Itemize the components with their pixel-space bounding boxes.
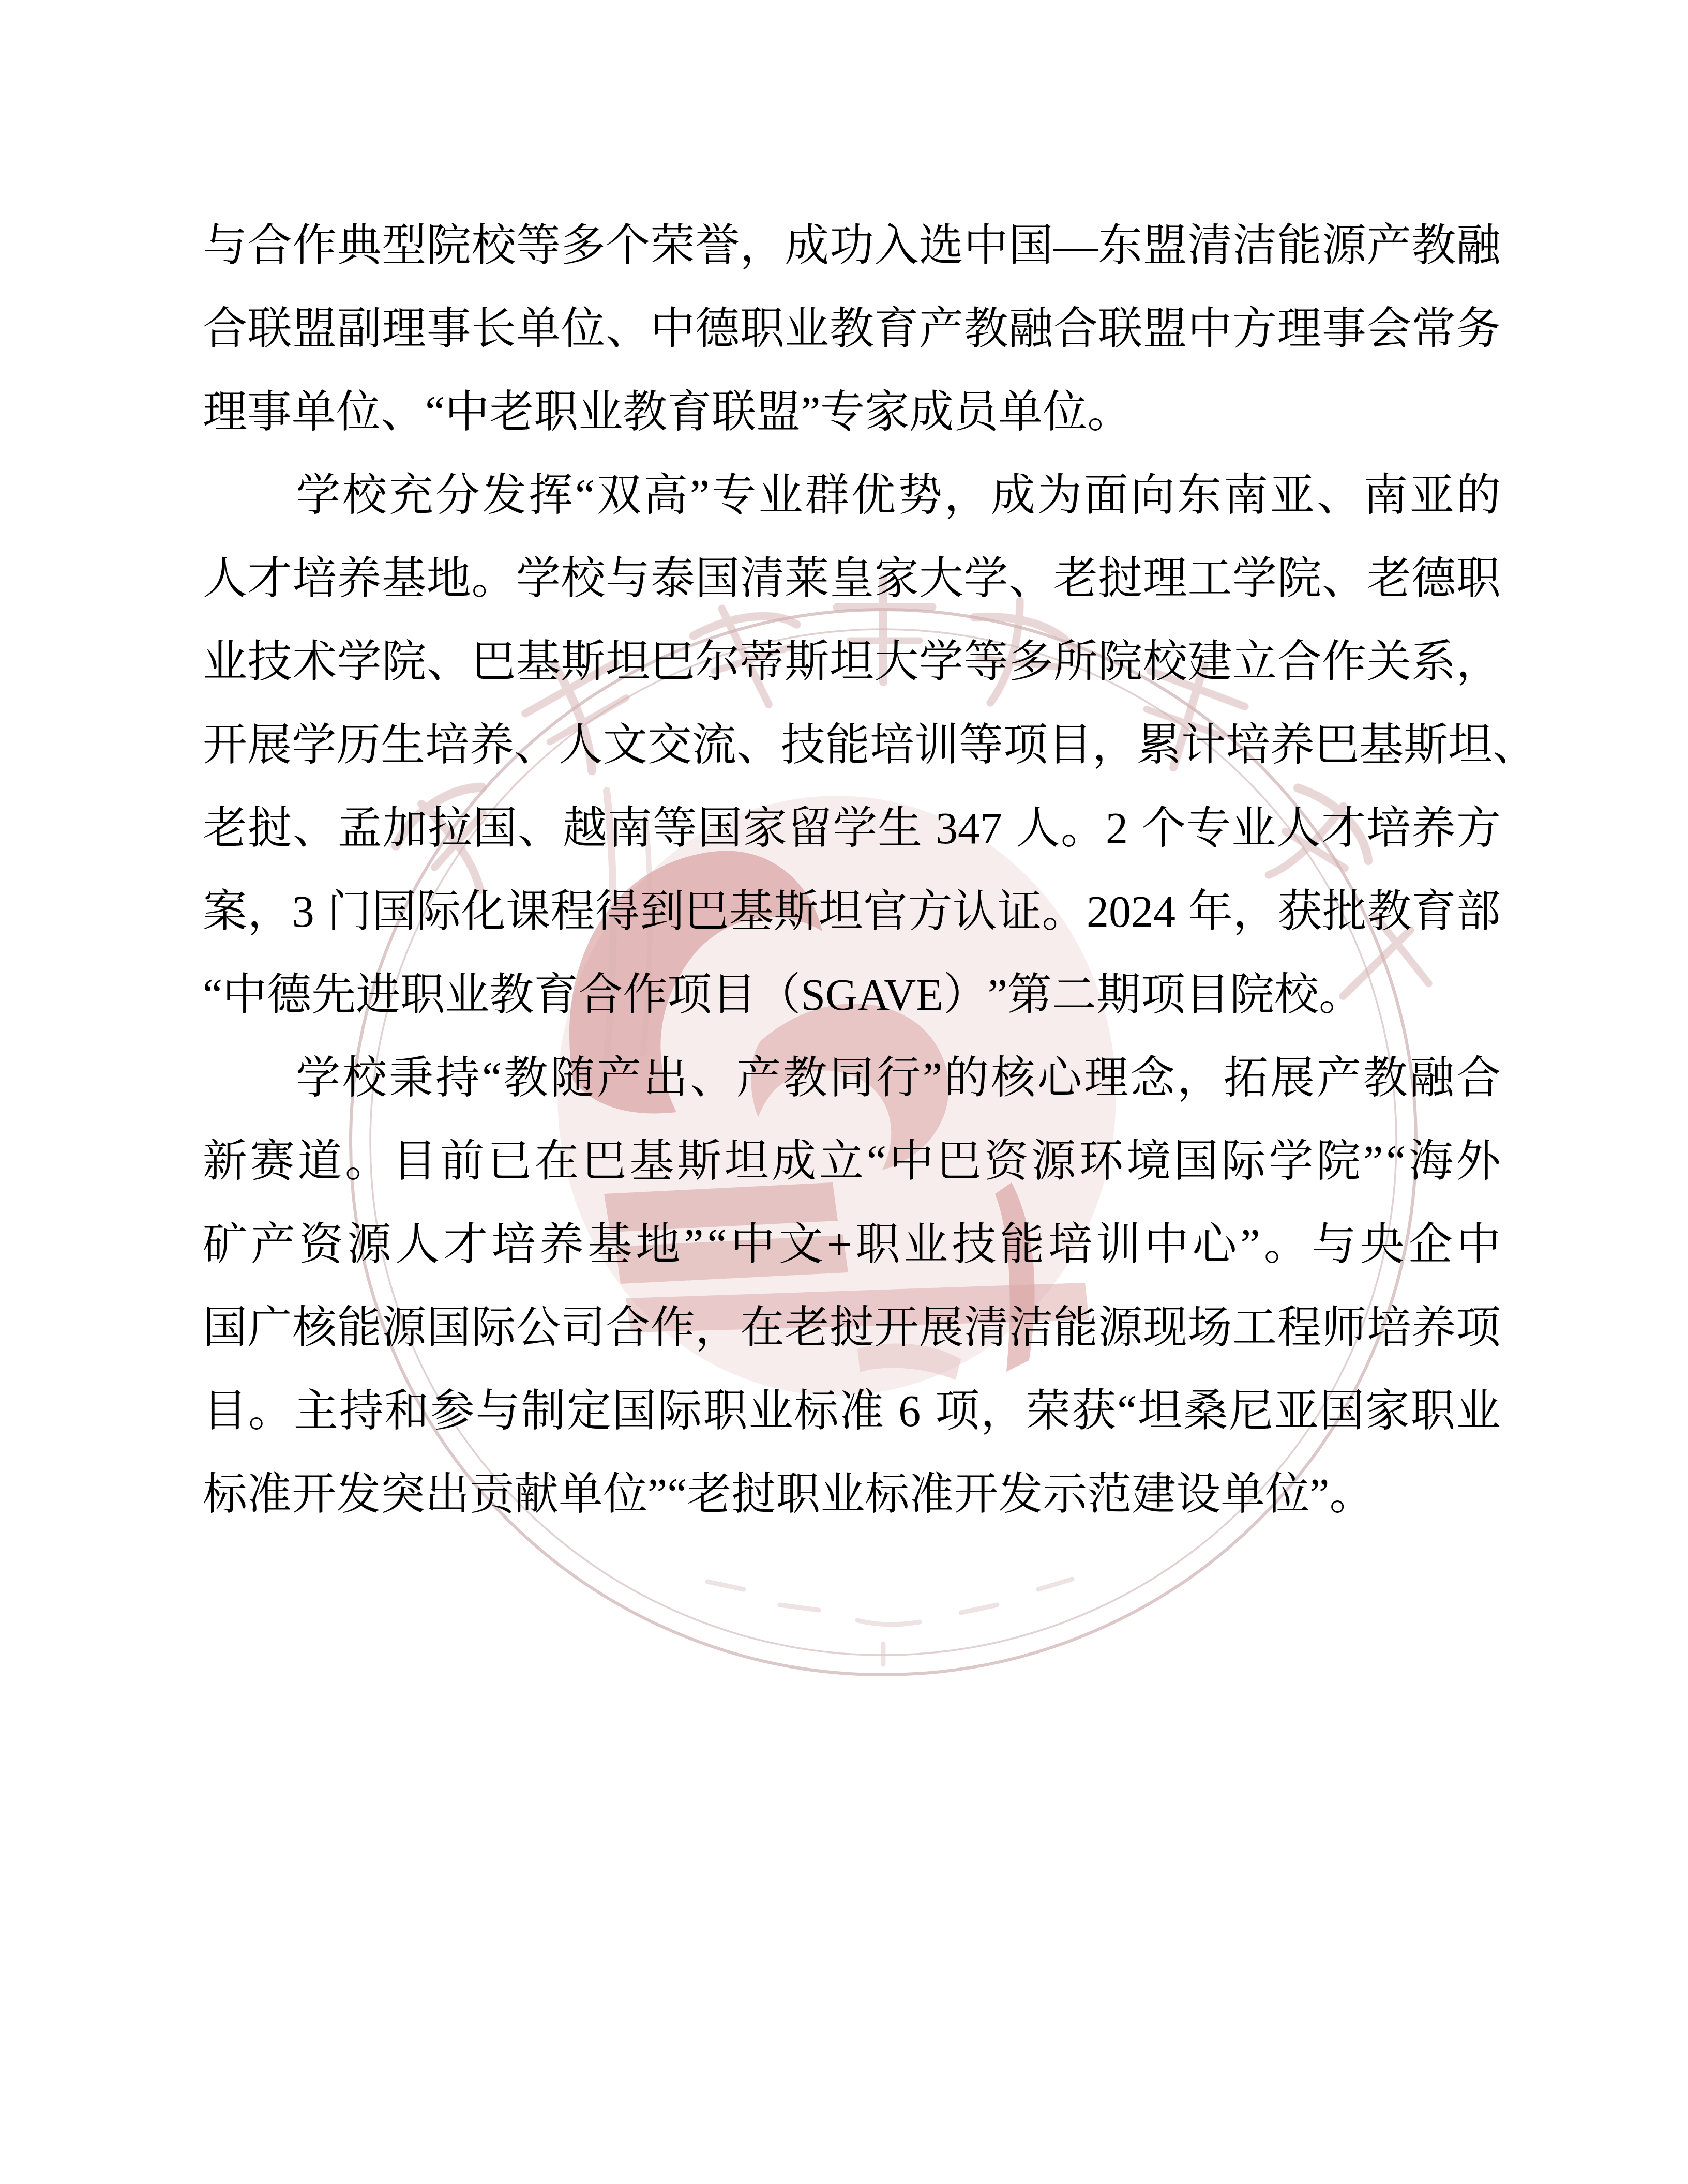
glyph: 官 bbox=[863, 889, 908, 934]
glyph: 家 bbox=[874, 556, 918, 601]
glyph: 常 bbox=[1411, 307, 1456, 351]
glyph: 教 bbox=[1363, 1056, 1408, 1100]
glyph: ” bbox=[923, 1056, 942, 1100]
glyph: 司 bbox=[561, 1306, 606, 1350]
glyph: 产 bbox=[736, 1056, 781, 1100]
glyph: 合 bbox=[1456, 1056, 1501, 1100]
glyph: 文 bbox=[603, 723, 647, 767]
glyph: 。 bbox=[248, 1389, 293, 1433]
glyph: 校 bbox=[342, 473, 387, 518]
glyph: 亚 bbox=[1274, 1389, 1319, 1433]
glyph: 目 bbox=[203, 1389, 247, 1433]
glyph: 展 bbox=[1270, 1056, 1315, 1100]
glyph: 技 bbox=[248, 640, 292, 684]
glyph: 等 bbox=[653, 806, 697, 851]
glyph: 优 bbox=[851, 473, 896, 518]
glyph: 桑 bbox=[1183, 1389, 1228, 1433]
glyph: 培 bbox=[1226, 723, 1270, 767]
glyph: 学 bbox=[964, 556, 1008, 601]
glyph: 年 bbox=[1188, 889, 1233, 934]
glyph: 历 bbox=[336, 723, 381, 767]
glyph: 产 bbox=[251, 1222, 295, 1267]
text-line: 目。主持和参与制定国际职业标准6项，荣获“坦桑尼亚国家职业 bbox=[203, 1369, 1501, 1452]
glyph: 文 bbox=[779, 1222, 823, 1267]
glyph: 越 bbox=[563, 806, 607, 851]
glyph: “ bbox=[1386, 1139, 1406, 1184]
glyph: 培 bbox=[1366, 806, 1411, 851]
glyph: 开 bbox=[203, 723, 247, 767]
text-line: 标准开发突出贡献单位”“老挝职业标准开发示范建设单位”。 bbox=[203, 1452, 1501, 1536]
glyph: 荣 bbox=[651, 223, 695, 268]
glyph: 国 bbox=[473, 806, 517, 851]
glyph: 拓 bbox=[1224, 1056, 1268, 1100]
glyph: 功 bbox=[830, 223, 874, 268]
glyph: 教 bbox=[504, 1056, 548, 1100]
glyph: ” bbox=[647, 1472, 667, 1516]
glyph: 立 bbox=[1232, 640, 1277, 684]
glyph: 养 bbox=[1411, 806, 1456, 851]
glyph: 泰 bbox=[651, 556, 695, 601]
glyph: 6 bbox=[898, 1389, 921, 1433]
glyph: 生 bbox=[878, 806, 922, 851]
glyph: 坦 bbox=[1448, 723, 1493, 767]
glyph: 发 bbox=[482, 473, 526, 518]
glyph: 院 bbox=[1277, 556, 1322, 601]
glyph: 大 bbox=[919, 556, 963, 601]
glyph: 位 bbox=[1043, 390, 1087, 434]
glyph: 能 bbox=[337, 1306, 382, 1350]
text-line: 学校秉持“教随产出、产教同行”的核心理念，拓展产教融合 bbox=[203, 1036, 1501, 1119]
glyph: 所 bbox=[1053, 640, 1098, 684]
glyph: 、 bbox=[381, 390, 425, 434]
glyph: 项 bbox=[1456, 1306, 1501, 1350]
glyph: 巴 bbox=[471, 640, 516, 684]
glyph: 学 bbox=[337, 640, 382, 684]
glyph: 职 bbox=[740, 307, 785, 351]
glyph: 位 bbox=[603, 1472, 647, 1516]
glyph: 标 bbox=[203, 1472, 247, 1516]
glyph: 等 bbox=[964, 640, 1008, 684]
glyph: 。 bbox=[1264, 1222, 1308, 1267]
glyph: 学 bbox=[296, 1056, 340, 1100]
glyph: 中 bbox=[222, 973, 267, 1017]
glyph: 与 bbox=[203, 223, 247, 268]
glyph: 位 bbox=[1265, 1472, 1309, 1516]
glyph: 术 bbox=[292, 640, 337, 684]
glyph: ” bbox=[801, 390, 820, 434]
glyph: 的 bbox=[944, 1056, 989, 1100]
glyph: 孟 bbox=[338, 806, 382, 851]
glyph: 源 bbox=[382, 1306, 426, 1350]
glyph: 成 bbox=[785, 223, 829, 268]
text-line: 合联盟副理事长单位、中德职业教育产教融合联盟中方理事会常务 bbox=[203, 287, 1501, 370]
glyph: 院 bbox=[1098, 640, 1142, 684]
glyph: 新 bbox=[203, 1139, 247, 1184]
glyph: 为 bbox=[1037, 473, 1082, 518]
text-line: 理事单位、“中老职业教育联盟”专家成员单位。 bbox=[203, 370, 1501, 453]
glyph: 职 bbox=[1411, 1389, 1455, 1433]
glyph: 业 bbox=[748, 1389, 793, 1433]
glyph: 校 bbox=[1274, 973, 1319, 1017]
glyph: 培 bbox=[870, 723, 914, 767]
glyph: 准 bbox=[839, 1389, 884, 1433]
glyph: 在 bbox=[535, 1139, 579, 1184]
glyph: 作 bbox=[1322, 640, 1366, 684]
glyph: 典 bbox=[337, 223, 382, 268]
glyph: 多 bbox=[561, 223, 606, 268]
glyph: 人 bbox=[203, 556, 247, 601]
glyph: 教 bbox=[830, 307, 874, 351]
glyph: 技 bbox=[781, 723, 825, 767]
glyph: 作 bbox=[623, 973, 667, 1017]
glyph: 人 bbox=[1016, 806, 1060, 851]
glyph: 巴 bbox=[1315, 723, 1359, 767]
glyph: 心 bbox=[1037, 1056, 1082, 1100]
glyph: 挝 bbox=[248, 806, 292, 851]
glyph: 尔 bbox=[695, 640, 740, 684]
glyph: 职 bbox=[534, 390, 578, 434]
glyph: 联 bbox=[712, 390, 756, 434]
glyph: 位 bbox=[336, 390, 381, 434]
glyph: 同 bbox=[830, 1056, 874, 1100]
glyph: 人 bbox=[1276, 806, 1321, 851]
glyph: 充 bbox=[389, 473, 433, 518]
glyph: 贡 bbox=[470, 1472, 514, 1516]
glyph: 项 bbox=[1003, 723, 1048, 767]
glyph: 挝 bbox=[1098, 556, 1142, 601]
glyph: 国 bbox=[1008, 223, 1053, 268]
glyph: 立 bbox=[819, 1139, 864, 1184]
glyph: 南 bbox=[608, 806, 652, 851]
glyph: 校 bbox=[561, 556, 606, 601]
glyph: 工 bbox=[1187, 556, 1232, 601]
glyph: 到 bbox=[640, 889, 684, 934]
glyph: 校 bbox=[342, 1056, 387, 1100]
glyph: 向 bbox=[1131, 473, 1175, 518]
glyph: ” bbox=[684, 1222, 703, 1267]
glyph: 外 bbox=[1456, 1139, 1501, 1184]
glyph: 培 bbox=[1048, 1222, 1092, 1267]
glyph: 教 bbox=[1411, 223, 1456, 268]
glyph: 家 bbox=[743, 806, 787, 851]
glyph: 单 bbox=[292, 390, 336, 434]
glyph: 南 bbox=[1363, 473, 1408, 518]
glyph: 事 bbox=[1322, 307, 1366, 351]
glyph: 成 bbox=[772, 1139, 816, 1184]
glyph: 的 bbox=[1456, 473, 1501, 518]
glyph: 获 bbox=[1277, 889, 1322, 934]
glyph: 定 bbox=[567, 1389, 611, 1433]
glyph: 。 bbox=[1061, 806, 1105, 851]
glyph: 持 bbox=[435, 1056, 480, 1100]
glyph: 系 bbox=[1411, 640, 1456, 684]
glyph: 际 bbox=[658, 1389, 702, 1433]
glyph: 养 bbox=[337, 556, 382, 601]
glyph: 基 bbox=[382, 556, 426, 601]
glyph: 出 bbox=[643, 1056, 688, 1100]
glyph: 巴 bbox=[651, 640, 695, 684]
glyph: 育 bbox=[1412, 889, 1456, 934]
glyph: 培 bbox=[1367, 1306, 1411, 1350]
glyph: 拉 bbox=[428, 806, 472, 851]
glyph: 。 bbox=[1042, 889, 1087, 934]
glyph: 央 bbox=[1360, 1222, 1405, 1267]
glyph: 业 bbox=[203, 640, 247, 684]
glyph: 巴 bbox=[937, 1139, 981, 1184]
glyph: 双 bbox=[597, 473, 641, 518]
glyph: 方 bbox=[1232, 307, 1277, 351]
glyph: 单 bbox=[559, 1472, 603, 1516]
glyph: 基 bbox=[1359, 723, 1404, 767]
glyph: 挝 bbox=[830, 1306, 874, 1350]
glyph: 已 bbox=[487, 1139, 532, 1184]
glyph: 中 bbox=[964, 223, 1008, 268]
glyph: 国 bbox=[372, 889, 416, 934]
glyph: 业 bbox=[758, 473, 803, 518]
glyph: ” bbox=[988, 973, 1007, 1017]
glyph: 理 bbox=[203, 390, 247, 434]
glyph: 巴 bbox=[685, 889, 729, 934]
glyph: 养 bbox=[470, 723, 514, 767]
glyph: 斯 bbox=[677, 1139, 721, 1184]
glyph: 坦 bbox=[819, 889, 863, 934]
glyph: 副 bbox=[337, 307, 382, 351]
glyph: 德 bbox=[695, 307, 740, 351]
glyph: 347 bbox=[936, 806, 1002, 851]
glyph: 理 bbox=[1277, 307, 1322, 351]
glyph: ” bbox=[1241, 1222, 1260, 1267]
glyph: 企 bbox=[1408, 1222, 1453, 1267]
glyph: — bbox=[1053, 223, 1098, 268]
glyph: 国 bbox=[698, 806, 742, 851]
glyph: 境 bbox=[1126, 1139, 1171, 1184]
glyph: 理 bbox=[382, 307, 426, 351]
glyph: 洁 bbox=[1008, 1306, 1053, 1350]
glyph: 认 bbox=[953, 889, 997, 934]
glyph: 、 bbox=[606, 307, 650, 351]
glyph: 方 bbox=[908, 889, 952, 934]
glyph: 累 bbox=[1137, 723, 1181, 767]
glyph: 训 bbox=[914, 723, 959, 767]
glyph: 成 bbox=[909, 390, 954, 434]
document-body: 与合作典型院校等多个荣誉，成功入选中国—东盟清洁能源产教融 合联盟副理事长单位、… bbox=[203, 204, 1501, 1536]
glyph: 融 bbox=[1410, 1056, 1454, 1100]
glyph: 与 bbox=[1312, 1222, 1357, 1267]
glyph: 国 bbox=[427, 1306, 471, 1350]
glyph: 莱 bbox=[785, 556, 829, 601]
glyph: 国 bbox=[1320, 1389, 1364, 1433]
glyph: 蒂 bbox=[740, 640, 785, 684]
glyph: 先 bbox=[311, 973, 356, 1017]
glyph: 部 bbox=[1456, 889, 1501, 934]
glyph: 师 bbox=[1322, 1306, 1366, 1350]
glyph: 得 bbox=[595, 889, 640, 934]
glyph: 洁 bbox=[1232, 223, 1277, 268]
glyph: 建 bbox=[1187, 640, 1232, 684]
glyph: 学 bbox=[296, 473, 340, 518]
glyph: 资 bbox=[299, 1222, 343, 1267]
glyph: 家 bbox=[1365, 1389, 1410, 1433]
glyph: 地 bbox=[636, 1222, 680, 1267]
glyph: 3 bbox=[292, 889, 314, 934]
glyph: 产 bbox=[1317, 1056, 1361, 1100]
glyph: 心 bbox=[1193, 1222, 1237, 1267]
glyph: 源 bbox=[347, 1222, 391, 1267]
glyph: 合 bbox=[248, 223, 292, 268]
glyph: 才 bbox=[248, 556, 292, 601]
glyph: 持 bbox=[339, 1389, 384, 1433]
glyph: 、 bbox=[293, 806, 337, 851]
glyph: 、 bbox=[736, 723, 781, 767]
glyph: 职 bbox=[855, 1222, 900, 1267]
glyph: ” bbox=[1363, 1139, 1383, 1184]
glyph: 培 bbox=[292, 556, 337, 601]
glyph: 与 bbox=[606, 556, 650, 601]
glyph: 德 bbox=[1411, 556, 1456, 601]
glyph: 学 bbox=[919, 640, 963, 684]
text-line: 国广核能源国际公司合作，在老挝开展清洁能源现场工程师培养项 bbox=[203, 1286, 1501, 1369]
glyph: 教 bbox=[489, 973, 534, 1017]
glyph: 计 bbox=[1181, 723, 1226, 767]
glyph: “ bbox=[203, 973, 222, 1017]
glyph: 中 bbox=[445, 390, 489, 434]
glyph: ， bbox=[944, 473, 989, 518]
glyph: 教 bbox=[1367, 889, 1411, 934]
glyph: 开 bbox=[874, 1306, 918, 1350]
glyph: 融 bbox=[1008, 307, 1053, 351]
glyph: 多 bbox=[1008, 640, 1053, 684]
glyph: 德 bbox=[267, 973, 311, 1017]
glyph: 准 bbox=[909, 1472, 954, 1516]
glyph: 合 bbox=[1277, 640, 1322, 684]
glyph: 范 bbox=[1087, 1472, 1132, 1516]
glyph: 项 bbox=[667, 973, 712, 1017]
glyph: 源 bbox=[1322, 223, 1366, 268]
glyph: 业 bbox=[1231, 806, 1276, 851]
glyph: 国 bbox=[612, 1389, 657, 1433]
glyph: 地 bbox=[427, 556, 471, 601]
glyph: 育 bbox=[667, 390, 712, 434]
glyph: 2 bbox=[1106, 806, 1128, 851]
glyph: 成 bbox=[991, 473, 1035, 518]
glyph: 标 bbox=[865, 1472, 909, 1516]
glyph: 赛 bbox=[250, 1139, 295, 1184]
glyph: 培 bbox=[491, 1222, 536, 1267]
glyph: 老 bbox=[687, 1472, 731, 1516]
text-line: 老挝、孟加拉国、越南等国家留学生347人。2个专业人才培养方 bbox=[203, 786, 1501, 870]
glyph: 单 bbox=[1220, 1472, 1265, 1516]
text-line: 矿产资源人才培养基地”“中文+职业技能培训中心”。与央企中 bbox=[203, 1203, 1501, 1286]
glyph: 亚 bbox=[1270, 473, 1315, 518]
glyph: 作 bbox=[292, 223, 337, 268]
glyph: 、 bbox=[690, 1056, 734, 1100]
glyph: 门 bbox=[327, 889, 372, 934]
glyph: 基 bbox=[587, 1222, 632, 1267]
glyph: 、 bbox=[518, 806, 562, 851]
glyph: 进 bbox=[356, 973, 400, 1017]
glyph: 中 bbox=[651, 307, 695, 351]
glyph: ， bbox=[1092, 723, 1137, 767]
glyph: 个 bbox=[1141, 806, 1186, 851]
glyph: 行 bbox=[876, 1056, 921, 1100]
glyph: 目 bbox=[1048, 723, 1092, 767]
glyph: 业 bbox=[1456, 1389, 1501, 1433]
glyph: 国 bbox=[203, 1306, 247, 1350]
glyph: 加 bbox=[383, 806, 427, 851]
glyph: 教 bbox=[623, 390, 667, 434]
glyph: 技 bbox=[952, 1222, 996, 1267]
glyph: 大 bbox=[874, 640, 918, 684]
glyph: 型 bbox=[382, 223, 426, 268]
glyph: 训 bbox=[1096, 1222, 1140, 1267]
glyph: 关 bbox=[1367, 640, 1411, 684]
glyph: 皇 bbox=[830, 556, 874, 601]
glyph: 二 bbox=[1052, 973, 1096, 1017]
glyph: 合 bbox=[606, 1306, 650, 1350]
glyph: 前 bbox=[440, 1139, 484, 1184]
glyph: 院 bbox=[1230, 973, 1274, 1017]
glyph: ， bbox=[981, 1389, 1025, 1433]
glyph: 学 bbox=[1269, 1139, 1313, 1184]
glyph: 理 bbox=[1143, 556, 1187, 601]
glyph: 入 bbox=[874, 223, 918, 268]
glyph: 职 bbox=[703, 1389, 747, 1433]
glyph: 设 bbox=[1176, 1472, 1220, 1516]
glyph: 人 bbox=[395, 1222, 440, 1267]
glyph: 坦 bbox=[725, 1139, 769, 1184]
glyph: 。 bbox=[345, 1139, 389, 1184]
glyph: 能 bbox=[825, 723, 870, 767]
glyph: 际 bbox=[471, 1306, 516, 1350]
text-line: 学校充分发挥“双高”专业群优势，成为面向东南亚、南亚的 bbox=[203, 453, 1501, 537]
glyph: ， bbox=[1233, 889, 1277, 934]
glyph: “ bbox=[425, 390, 445, 434]
glyph: 化 bbox=[461, 889, 506, 934]
glyph: 献 bbox=[514, 1472, 559, 1516]
glyph: 制 bbox=[521, 1389, 566, 1433]
glyph: 清 bbox=[1187, 223, 1232, 268]
glyph: 发 bbox=[998, 1472, 1043, 1516]
glyph: 等 bbox=[516, 223, 561, 268]
glyph: 与 bbox=[476, 1389, 520, 1433]
glyph: 等 bbox=[959, 723, 1003, 767]
glyph: 教 bbox=[783, 1056, 827, 1100]
glyph: 和 bbox=[385, 1389, 429, 1433]
glyph: 随 bbox=[550, 1056, 595, 1100]
glyph: 念 bbox=[1131, 1056, 1175, 1100]
glyph: 盟 bbox=[1143, 307, 1187, 351]
document-page: 与合作典型院校等多个荣誉，成功入选中国—东盟清洁能源产教融 合联盟副理事长单位、… bbox=[0, 0, 1688, 2184]
glyph: 合 bbox=[1053, 307, 1098, 351]
glyph: “ bbox=[707, 1222, 727, 1267]
glyph: 斯 bbox=[1404, 723, 1448, 767]
glyph: 盟 bbox=[756, 390, 801, 434]
glyph: 工 bbox=[1232, 1306, 1277, 1350]
glyph: 发 bbox=[336, 1472, 381, 1516]
glyph: 坦 bbox=[1138, 1389, 1182, 1433]
glyph: 公 bbox=[516, 1306, 561, 1350]
text-line: 开展学历生培养、人文交流、技能培训等项目，累计培养巴基斯坦、 bbox=[203, 703, 1501, 786]
glyph: 育 bbox=[874, 307, 918, 351]
glyph: 核 bbox=[292, 1306, 337, 1350]
glyph: 中 bbox=[1144, 1222, 1189, 1267]
glyph: 中 bbox=[1456, 1222, 1501, 1267]
glyph: 才 bbox=[443, 1222, 488, 1267]
glyph: 群 bbox=[805, 473, 849, 518]
glyph: 证 bbox=[997, 889, 1042, 934]
glyph: 批 bbox=[1322, 889, 1367, 934]
glyph: 标 bbox=[794, 1389, 838, 1433]
